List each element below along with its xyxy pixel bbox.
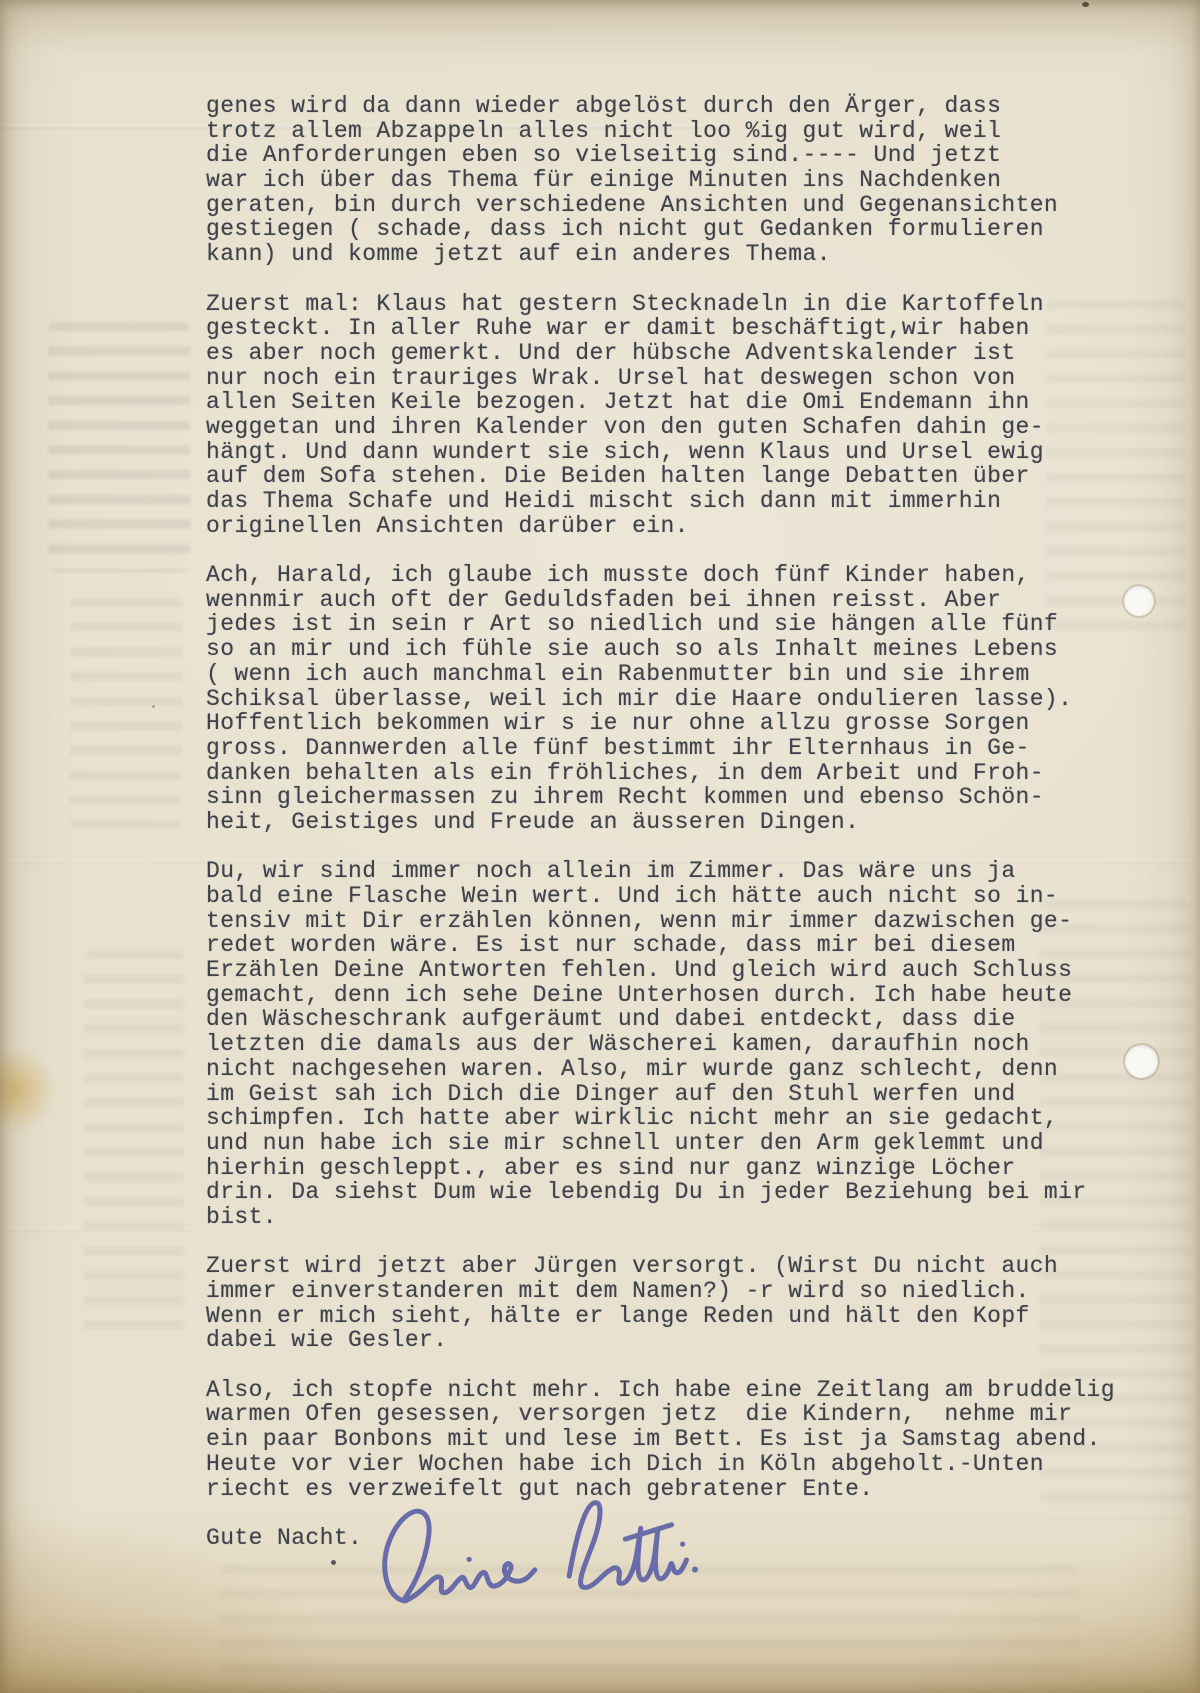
text-line: kann) und komme jetzt auf ein anderes Th… [206, 242, 1115, 267]
ink-bleedthrough [48, 322, 190, 572]
text-line: bist. [206, 1205, 1115, 1230]
text-line: Zuerst wird jetzt aber Jürgen versorgt. … [206, 1254, 1115, 1279]
text-line: redet worden wäre. Es ist nur schade, da… [206, 933, 1115, 958]
text-line: Heute vor vier Wochen habe ich Dich in K… [206, 1452, 1115, 1477]
text-line: heit, Geistiges und Freude an äusseren D… [206, 810, 1115, 835]
text-line: Erzählen Deine Antworten fehlen. Und gle… [206, 958, 1115, 983]
text-line: Ach, Harald, ich glaube ich musste doch … [206, 563, 1115, 588]
text-line: Wenn er mich sieht, hälte er lange Reden… [206, 1304, 1115, 1329]
text-line: warmen Ofen gesessen, versorgen jetz die… [206, 1402, 1115, 1427]
text-line: ( wenn ich auch manchmal ein Rabenmutter… [206, 662, 1115, 687]
text-line: und nun habe ich sie mir schnell unter d… [206, 1131, 1115, 1156]
text-line: ein paar Bonbons mit und lese im Bett. E… [206, 1427, 1115, 1452]
text-line: im Geist sah ich Dich die Dinger auf den… [206, 1082, 1115, 1107]
text-line: bald eine Flasche Wein wert. Und ich hät… [206, 884, 1115, 909]
text-line: war ich über das Thema für einige Minute… [206, 168, 1115, 193]
text-line: originellen Ansichten darüber ein. [206, 514, 1115, 539]
text-line: sinn gleichermassen zu ihrem Recht komme… [206, 785, 1115, 810]
paragraph: Zuerst mal: Klaus hat gestern Stecknadel… [206, 292, 1115, 539]
text-line: dabei wie Gesler. [206, 1328, 1115, 1353]
text-line: die Anforderungen eben so vielseitig sin… [206, 143, 1115, 168]
text-line: trotz allem Abzappeln alles nicht loo %i… [206, 119, 1115, 144]
ink-bleedthrough [70, 598, 182, 828]
paragraph: genes wird da dann wieder abgelöst durch… [206, 94, 1115, 267]
signature-text: Deine Lotti. [0, 0, 1, 1]
ink-bleedthrough [84, 950, 184, 1340]
text-line: das Thema Schafe und Heidi mischt sich d… [206, 489, 1115, 514]
letter-page: genes wird da dann wieder abgelöst durch… [0, 0, 1200, 1693]
punch-hole [1125, 1045, 1158, 1078]
text-line: gestiegen ( schade, dass ich nicht gut G… [206, 217, 1115, 242]
text-line: Zuerst mal: Klaus hat gestern Stecknadel… [206, 292, 1115, 317]
paragraph: Zuerst wird jetzt aber Jürgen versorgt. … [206, 1254, 1115, 1353]
text-line: es aber noch gemerkt. Und der hübsche Ad… [206, 341, 1115, 366]
text-line: hängt. Und dann wundert sie sich, wenn K… [206, 440, 1115, 465]
paper-speck [152, 705, 155, 708]
handwritten-signature [365, 1481, 701, 1628]
text-line: hierhin geschleppt., aber es sind nur ga… [206, 1156, 1115, 1181]
paper-stain [0, 1048, 56, 1132]
text-line: allen Seiten Keile bezogen. Jetzt hat di… [206, 390, 1115, 415]
text-line: gross. Dannwerden alle fünf bestimmt ihr… [206, 736, 1115, 761]
text-line: den Wäscheschrank aufgeräumt und dabei e… [206, 1007, 1115, 1032]
text-line: schimpfen. Ich hatte aber wirklic nicht … [206, 1106, 1115, 1131]
text-line: tensiv mit Dir erzählen können, wenn mir… [206, 909, 1115, 934]
text-line: letzten die damals aus der Wäscherei kam… [206, 1032, 1115, 1057]
text-line: auf dem Sofa stehen. Die Beiden halten l… [206, 464, 1115, 489]
text-line: nur noch ein trauriges Wrak. Ursel hat d… [206, 366, 1115, 391]
text-line: danken behalten als ein fröhliches, in d… [206, 761, 1115, 786]
text-line: genes wird da dann wieder abgelöst durch… [206, 94, 1115, 119]
punch-hole [1124, 586, 1154, 616]
letter-body: genes wird da dann wieder abgelöst durch… [206, 94, 1115, 1575]
paper-speck [1082, 2, 1089, 7]
text-line: jedes ist in sein r Art so niedlich und … [206, 612, 1115, 637]
text-line: drin. Da siehst Dum wie lebendig Du in j… [206, 1180, 1115, 1205]
text-line: wennmir auch oft der Geduldsfaden bei ih… [206, 588, 1115, 613]
text-line: gemacht, denn ich sehe Deine Unterhosen … [206, 983, 1115, 1008]
text-line: nicht nachgesehen waren. Also, mir wurde… [206, 1057, 1115, 1082]
text-line: immer einverstanderen mit dem Namen?) -r… [206, 1279, 1115, 1304]
text-line: Also, ich stopfe nicht mehr. Ich habe ei… [206, 1378, 1115, 1403]
text-line: gesteckt. In aller Ruhe war er damit bes… [206, 316, 1115, 341]
paragraph: Ach, Harald, ich glaube ich musste doch … [206, 563, 1115, 835]
text-line: so an mir und ich fühle sie auch so als … [206, 637, 1115, 662]
paragraph: Du, wir sind immer noch allein im Zimmer… [206, 859, 1115, 1229]
text-line: weggetan und ihren Kalender von den gute… [206, 415, 1115, 440]
text-line: geraten, bin durch verschiedene Ansichte… [206, 193, 1115, 218]
text-line: Hoffentlich bekommen wir s ie nur ohne a… [206, 711, 1115, 736]
text-line: Schiksal überlasse, weil ich mir die Haa… [206, 687, 1115, 712]
text-line: Du, wir sind immer noch allein im Zimmer… [206, 859, 1115, 884]
